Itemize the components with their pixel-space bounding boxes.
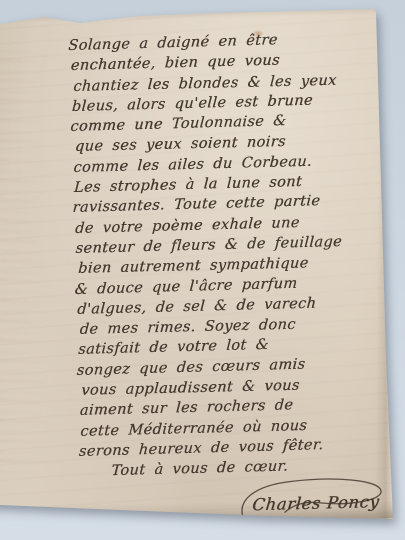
signature: Charles Poncy [251,492,380,514]
handwriting-lines: Solange a daigné en êtreenchantée, bien … [70,28,399,462]
letter-paper-wrap: Solange a daigné en êtreenchantée, bien … [0,0,405,540]
ink-showthrough [0,50,48,480]
letter-body: Solange a daigné en êtreenchantée, bien … [70,28,401,530]
signature-block: Charles Poncy [240,475,401,525]
letter-paper: Solange a daigné en êtreenchantée, bien … [0,0,405,540]
paper-edge-shading-top [0,0,405,27]
